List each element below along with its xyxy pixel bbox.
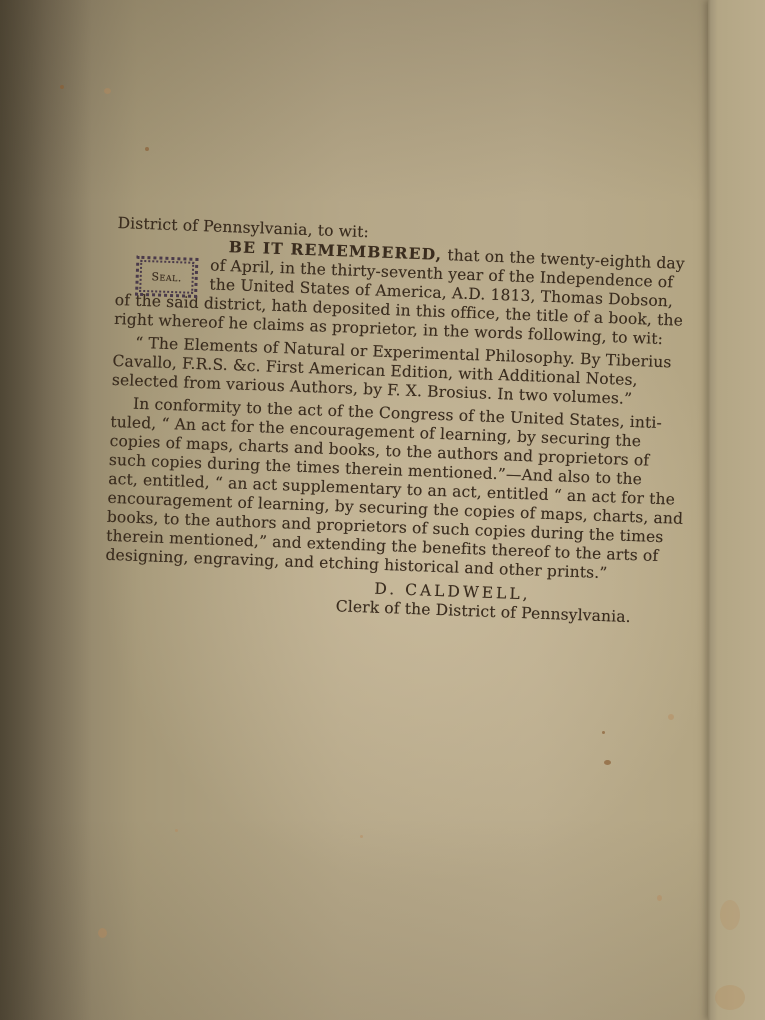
foxing-spot	[604, 760, 611, 765]
foxing-spot	[104, 88, 111, 94]
foxing-spot	[668, 714, 674, 720]
foxing-spot	[360, 835, 363, 838]
foxing-spot	[98, 928, 107, 938]
seal-label: Seal.	[151, 267, 182, 287]
seal-paragraph: Seal. BE IT REMEMBERED, that on the twen…	[114, 233, 677, 349]
seal-box: Seal.	[135, 256, 198, 298]
foxing-spot	[657, 895, 662, 901]
foxing-spot	[145, 147, 149, 151]
foxing-spot	[60, 85, 64, 89]
conformity-paragraph: In conformity to the act of the Congress…	[105, 394, 671, 585]
foxing-spot	[720, 900, 740, 930]
foxing-spot	[175, 829, 178, 832]
foxing-spot	[602, 731, 605, 734]
next-page-edge	[708, 0, 765, 1020]
foxing-spot	[715, 985, 745, 1010]
copyright-notice: District of Pennsylvania, to wit: Seal. …	[104, 214, 678, 628]
